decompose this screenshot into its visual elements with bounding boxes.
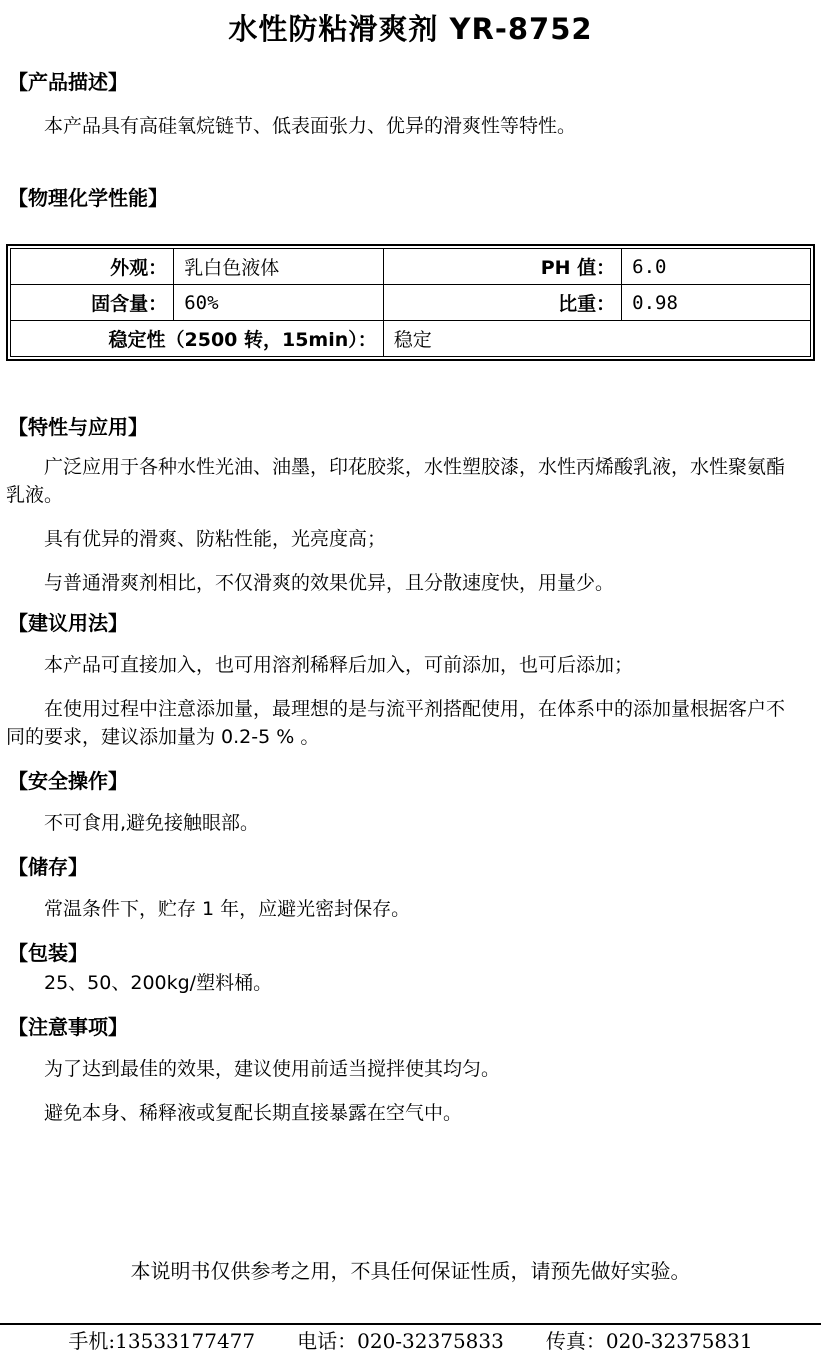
section-heading-physical-properties: 【物理化学性能】 xyxy=(6,186,815,210)
properties-table-border: 外观： 乳白色液体 PH 值： 6.0 固含量： 60% 比重： 0.98 稳定… xyxy=(6,244,815,361)
solid-content-label: 固含量： xyxy=(11,285,174,321)
footer-phone: 电话：020-32375833 xyxy=(297,1329,504,1351)
paragraph-safety: 不可食用,避免接触眼部。 xyxy=(6,809,815,837)
ph-value: 6.0 xyxy=(622,249,811,285)
stability-label: 稳定性（2500 转，15min）： xyxy=(11,321,384,357)
specific-gravity-label: 比重： xyxy=(383,285,621,321)
appearance-value: 乳白色液体 xyxy=(174,249,384,285)
footer-fax: 传真：020-32375831 xyxy=(546,1329,753,1351)
solid-content-value: 60% xyxy=(174,285,384,321)
footer-mobile: 手机:13533177477 xyxy=(68,1329,255,1351)
properties-table: 外观： 乳白色液体 PH 值： 6.0 固含量： 60% 比重： 0.98 稳定… xyxy=(10,248,811,357)
paragraph-precautions-2: 避免本身、稀释液或复配长期直接暴露在空气中。 xyxy=(6,1099,815,1127)
datasheet-page: 水性防粘滑爽剂 YR-8752 【产品描述】 本产品具有高硅氧烷链节、低表面张力… xyxy=(0,0,821,1351)
appearance-label: 外观： xyxy=(11,249,174,285)
section-heading-suggested-usage: 【建议用法】 xyxy=(6,611,815,635)
paragraph-packaging: 25、50、200kg/塑料桶。 xyxy=(6,969,815,997)
section-heading-features-applications: 【特性与应用】 xyxy=(6,415,815,439)
section-heading-precautions: 【注意事项】 xyxy=(6,1015,815,1039)
page-title: 水性防粘滑爽剂 YR-8752 xyxy=(6,10,815,48)
footer-divider xyxy=(0,1323,821,1325)
table-row-solids-gravity: 固含量： 60% 比重： 0.98 xyxy=(11,285,811,321)
paragraph-features-1: 广泛应用于各种水性光油、油墨，印花胶浆，水性塑胶漆，水性丙烯酸乳液，水性聚氨酯乳… xyxy=(6,453,815,509)
paragraph-usage-2: 在使用过程中注意添加量，最理想的是与流平剂搭配使用，在体系中的添加量根据客户不同… xyxy=(6,695,815,751)
table-row-stability: 稳定性（2500 转，15min）： 稳定 xyxy=(11,321,811,357)
paragraph-storage: 常温条件下，贮存 1 年，应避光密封保存。 xyxy=(6,895,815,923)
footer-contact: 手机:13533177477 电话：020-32375833 传真：020-32… xyxy=(6,1329,815,1351)
section-heading-storage: 【储存】 xyxy=(6,855,815,879)
ph-label: PH 值： xyxy=(383,249,621,285)
stability-value: 稳定 xyxy=(383,321,810,357)
section-heading-product-description: 【产品描述】 xyxy=(6,70,815,94)
specific-gravity-value: 0.98 xyxy=(622,285,811,321)
disclaimer-text: 本说明书仅供参考之用，不具任何保证性质，请预先做好实验。 xyxy=(6,1257,815,1285)
paragraph-precautions-1: 为了达到最佳的效果，建议使用前适当搅拌使其均匀。 xyxy=(6,1055,815,1083)
paragraph-features-2: 具有优异的滑爽、防粘性能，光亮度高； xyxy=(6,525,815,553)
paragraph-features-3: 与普通滑爽剂相比，不仅滑爽的效果优异，且分散速度快，用量少。 xyxy=(6,569,815,597)
paragraph-usage-1: 本产品可直接加入，也可用溶剂稀释后加入，可前添加，也可后添加； xyxy=(6,651,815,679)
table-row-appearance-ph: 外观： 乳白色液体 PH 值： 6.0 xyxy=(11,249,811,285)
paragraph-product-description: 本产品具有高硅氧烷链节、低表面张力、优异的滑爽性等特性。 xyxy=(6,112,815,140)
section-heading-safe-operation: 【安全操作】 xyxy=(6,769,815,793)
section-heading-packaging: 【包装】 xyxy=(6,941,815,965)
